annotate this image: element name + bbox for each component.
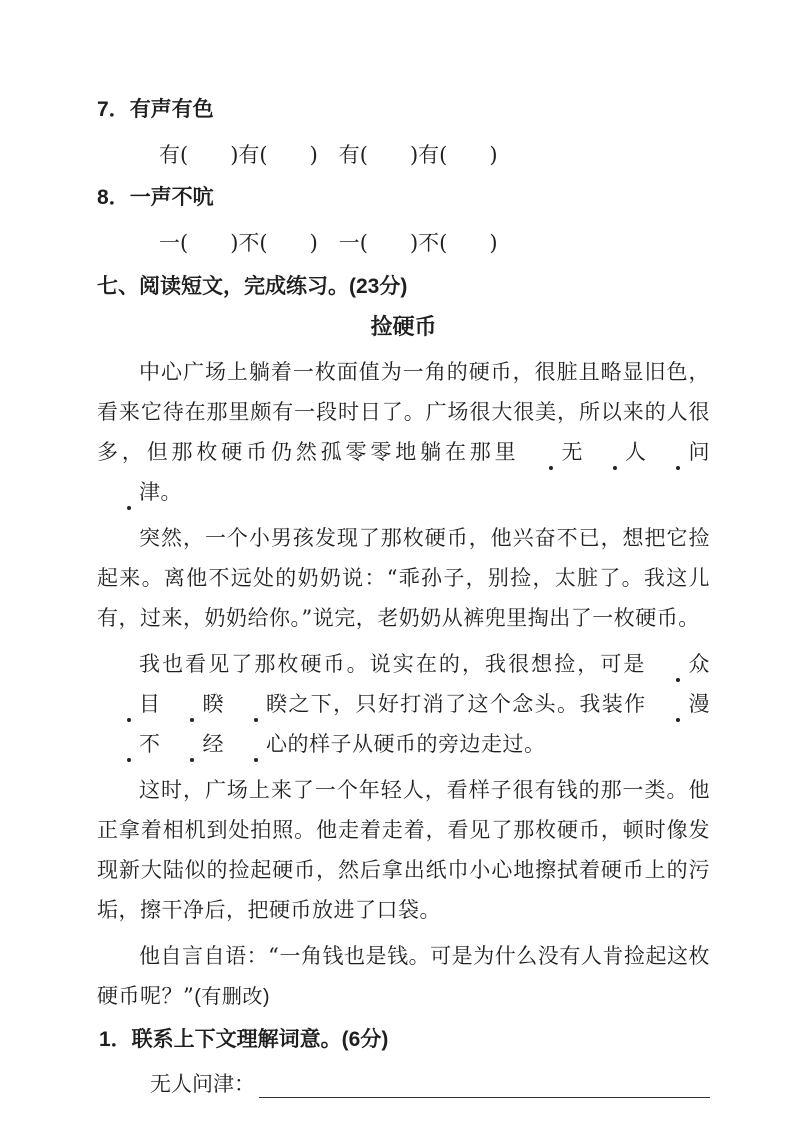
- question-1-label: 1．联系上下文理解词意。(6分): [99, 1025, 710, 1055]
- passage-paragraph: 这时，广场上来了一个年轻人，看样子很有钱的那一类。他正拿着相机到处拍照。他走着走…: [97, 770, 710, 930]
- exercise-item-7-title: 7．有声有色: [97, 96, 710, 124]
- item-8-fill-blanks: 一( )不( ) 一( )不( ): [159, 229, 710, 257]
- worksheet-page: 7．有声有色 有( )有( ) 有( )有( ) 8．一声不吭 一( )不( )…: [0, 0, 793, 1122]
- editor-note: (有删改): [194, 986, 270, 1008]
- passage-paragraph: 突然，一个小男孩发现了那枚硬币，他兴奋不已，想把它捡起来。离他不远处的奶奶说：“…: [97, 518, 710, 638]
- passage-paragraph: 中心广场上躺着一枚面值为一角的硬币，很脏且略显旧色，看来它待在那里颇有一段时日了…: [97, 352, 710, 512]
- passage-text: 突然，一个小男孩发现了那枚硬币，他兴奋不已，想把它捡起来。离他不远处的奶奶说：“…: [97, 526, 710, 630]
- passage-text: 他自言自语：“一角钱也是钱。可是为什么没有人肯捡起这枚硬币呢？”: [97, 944, 710, 1008]
- question-1-answer-row: 无人问津：: [150, 1069, 710, 1103]
- passage-title: 捡硬币: [97, 312, 710, 342]
- passage-text: 我也看见了那枚硬币。说实在的，我很想捡，可是: [139, 652, 647, 676]
- passage-paragraph: 我也看见了那枚硬币。说实在的，我很想捡，可是众目睽睽之下，只好打消了这个念头。我…: [97, 644, 710, 764]
- reading-section-heading: 七、阅读短文，完成练习。(23分): [97, 272, 710, 302]
- answer-blank-line: [259, 1069, 710, 1098]
- question-1-term: 无人问津：: [150, 1069, 255, 1103]
- item-7-fill-blanks: 有( )有( ) 有( )有( ): [159, 141, 710, 169]
- passage-text: 之下，只好打消了这个念头。我装作: [288, 692, 647, 716]
- passage-text: 。: [161, 480, 183, 504]
- item-8-word: 一声不吭: [130, 186, 214, 209]
- item-7-number: 7．: [97, 98, 130, 121]
- passage-text: 这时，广场上来了一个年轻人，看样子很有钱的那一类。他正拿着相机到处拍照。他走着走…: [97, 778, 710, 922]
- item-8-number: 8．: [97, 186, 130, 209]
- item-7-word: 有声有色: [130, 98, 214, 121]
- passage-text: 的样子从硬币的旁边走过。: [288, 732, 546, 756]
- exercise-item-8-title: 8．一声不吭: [97, 184, 710, 212]
- passage-paragraph: 他自言自语：“一角钱也是钱。可是为什么没有人肯捡起这枚硬币呢？”(有删改): [97, 936, 710, 1017]
- passage-body: 中心广场上躺着一枚面值为一角的硬币，很脏且略显旧色，看来它待在那里颇有一段时日了…: [97, 352, 710, 1017]
